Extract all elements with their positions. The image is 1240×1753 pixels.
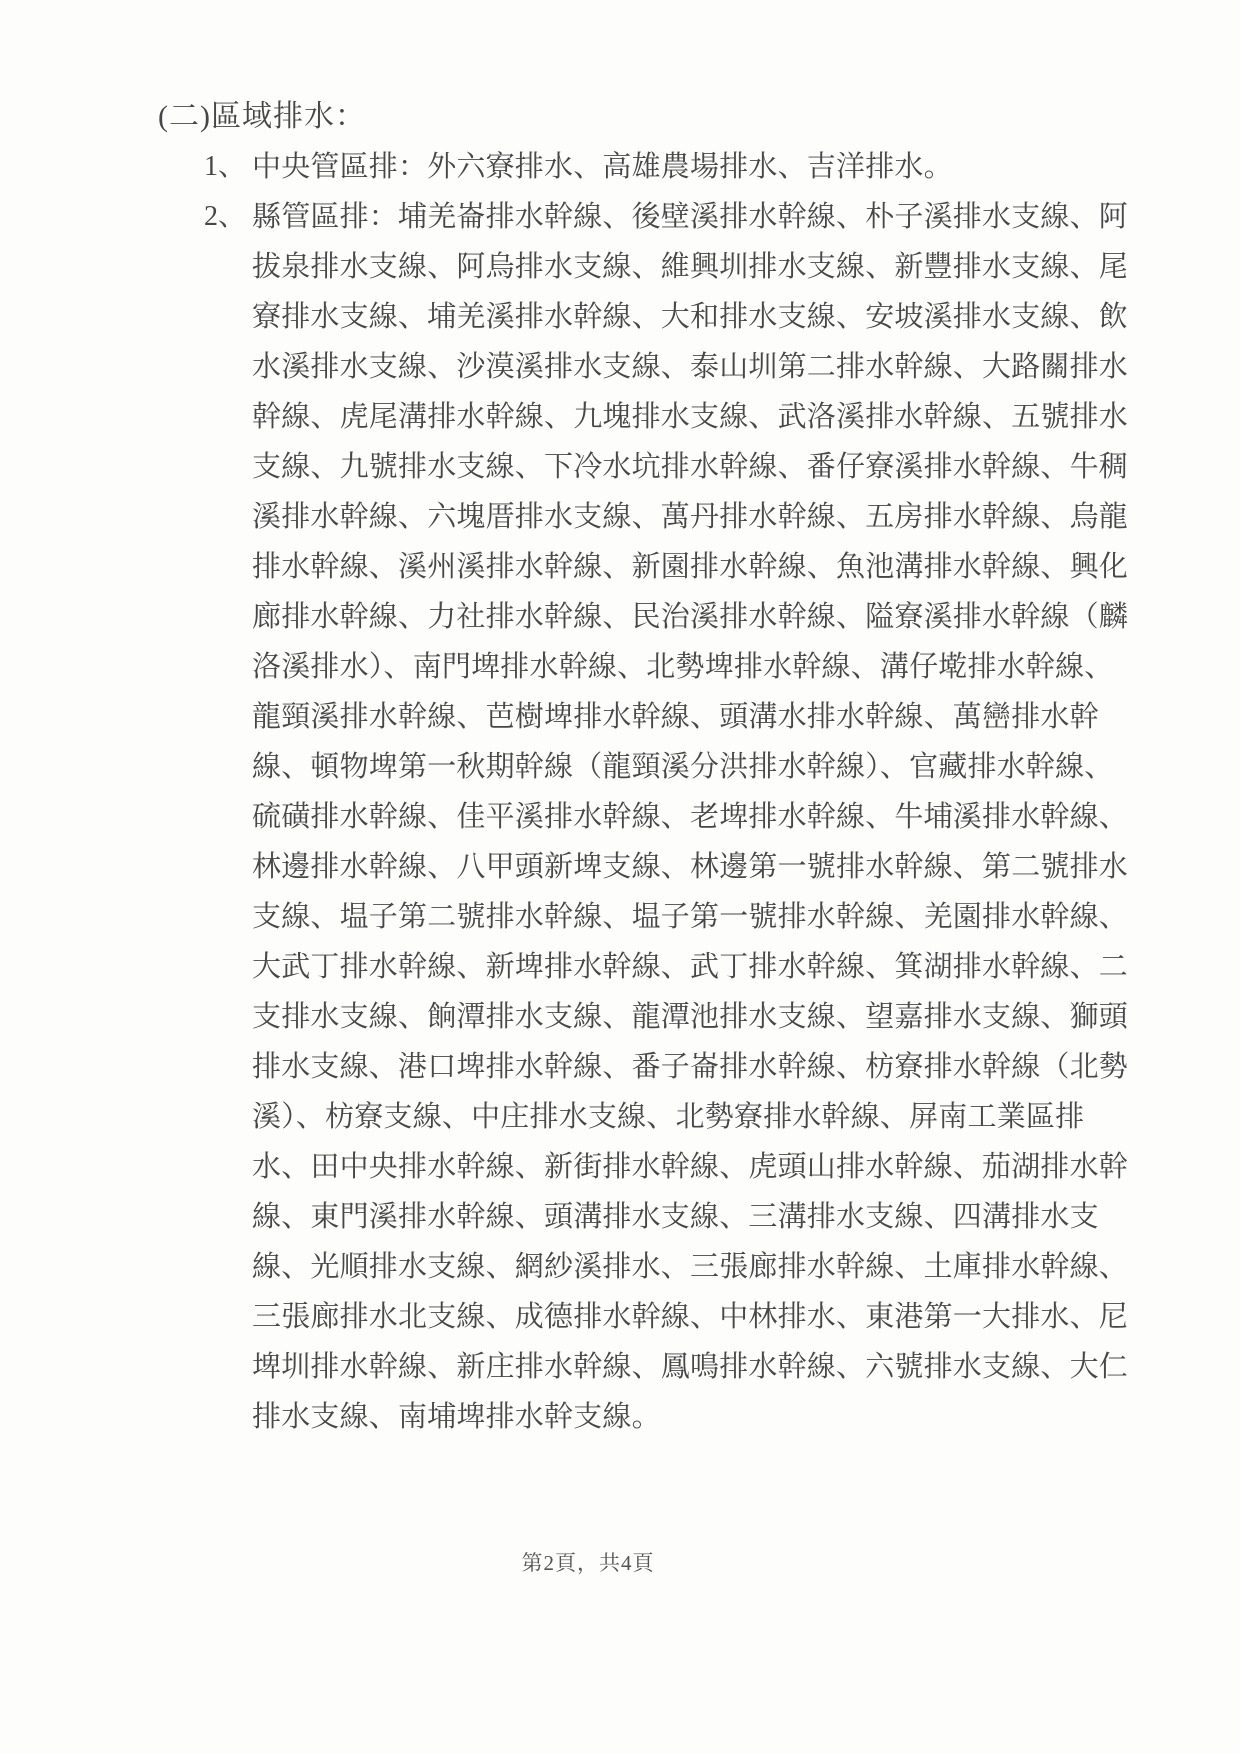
text-line: 埤圳排水幹線、新庄排水幹線、鳳鳴排水幹線、六號排水支線、大仁 [252, 1342, 1138, 1392]
list-item-1: 1、 中央管區排：外六寮排水、高雄農場排水、吉洋排水。 [204, 142, 1138, 192]
text-line: 中央管區排：外六寮排水、高雄農場排水、吉洋排水。 [252, 142, 1138, 192]
text-line: 支排水支線、餉潭排水支線、龍潭池排水支線、望嘉排水支線、獅頭 [252, 992, 1138, 1042]
text-line: 線、東門溪排水幹線、頭溝排水支線、三溝排水支線、四溝排水支 [252, 1192, 1138, 1242]
text-line: 水溪排水支線、沙漠溪排水支線、泰山圳第二排水幹線、大路關排水 [252, 342, 1138, 392]
text-line: 水、田中央排水幹線、新街排水幹線、虎頭山排水幹線、茄湖排水幹 [252, 1142, 1138, 1192]
item-1-text: 中央管區排：外六寮排水、高雄農場排水、吉洋排水。 [252, 142, 1138, 192]
item-2-text: 縣管區排：埔羌崙排水幹線、後壁溪排水幹線、朴子溪排水支線、阿拔泉排水支線、阿烏排… [252, 192, 1138, 1442]
text-line: 林邊排水幹線、八甲頭新埤支線、林邊第一號排水幹線、第二號排水 [252, 842, 1138, 892]
text-line: 排水幹線、溪州溪排水幹線、新園排水幹線、魚池溝排水幹線、興化 [252, 542, 1138, 592]
text-line: 龍頸溪排水幹線、芭樹埤排水幹線、頭溝水排水幹線、萬巒排水幹 [252, 692, 1138, 742]
text-line: 廊排水幹線、力社排水幹線、民治溪排水幹線、隘寮溪排水幹線（麟 [252, 592, 1138, 642]
section-heading: (二)區域排水： [158, 92, 366, 142]
list-item-2: 2、 縣管區排：埔羌崙排水幹線、後壁溪排水幹線、朴子溪排水支線、阿拔泉排水支線、… [204, 192, 1138, 1442]
text-line: 支線、九號排水支線、下冷水坑排水幹線、番仔寮溪排水幹線、牛稠 [252, 442, 1138, 492]
text-line: 硫磺排水幹線、佳平溪排水幹線、老埤排水幹線、牛埔溪排水幹線、 [252, 792, 1138, 842]
text-line: 支線、塭子第二號排水幹線、塭子第一號排水幹線、羌園排水幹線、 [252, 892, 1138, 942]
item-1-number: 1、 [204, 142, 246, 192]
text-line: 大武丁排水幹線、新埤排水幹線、武丁排水幹線、箕湖排水幹線、二 [252, 942, 1138, 992]
text-line: 排水支線、港口埤排水幹線、番子崙排水幹線、枋寮排水幹線（北勢 [252, 1042, 1138, 1092]
text-line: 洛溪排水）、南門埤排水幹線、北勢埤排水幹線、溝仔墘排水幹線、 [252, 642, 1138, 692]
text-line: 溪）、枋寮支線、中庄排水支線、北勢寮排水幹線、屏南工業區排 [252, 1092, 1138, 1142]
text-line: 寮排水支線、埔羌溪排水幹線、大和排水支線、安坡溪排水支線、飲 [252, 292, 1138, 342]
page-number-footer: 第2頁，共4頁 [0, 1548, 1176, 1578]
text-line: 幹線、虎尾溝排水幹線、九塊排水支線、武洛溪排水幹線、五號排水 [252, 392, 1138, 442]
text-line: 溪排水幹線、六塊厝排水支線、萬丹排水幹線、五房排水幹線、烏龍 [252, 492, 1138, 542]
text-line: 拔泉排水支線、阿烏排水支線、維興圳排水支線、新豐排水支線、尾 [252, 242, 1138, 292]
text-line: 線、光順排水支線、網紗溪排水、三張廊排水幹線、土庫排水幹線、 [252, 1242, 1138, 1292]
text-line: 線、頓物埤第一秋期幹線（龍頸溪分洪排水幹線）、官藏排水幹線、 [252, 742, 1138, 792]
item-2-number: 2、 [204, 192, 246, 242]
text-line: 三張廊排水北支線、成德排水幹線、中林排水、東港第一大排水、尼 [252, 1292, 1138, 1342]
text-line: 縣管區排：埔羌崙排水幹線、後壁溪排水幹線、朴子溪排水支線、阿 [252, 192, 1138, 242]
document-page: (二)區域排水： 1、 中央管區排：外六寮排水、高雄農場排水、吉洋排水。 2、 … [0, 0, 1240, 1753]
text-line: 排水支線、南埔埤排水幹支線。 [252, 1392, 1138, 1442]
